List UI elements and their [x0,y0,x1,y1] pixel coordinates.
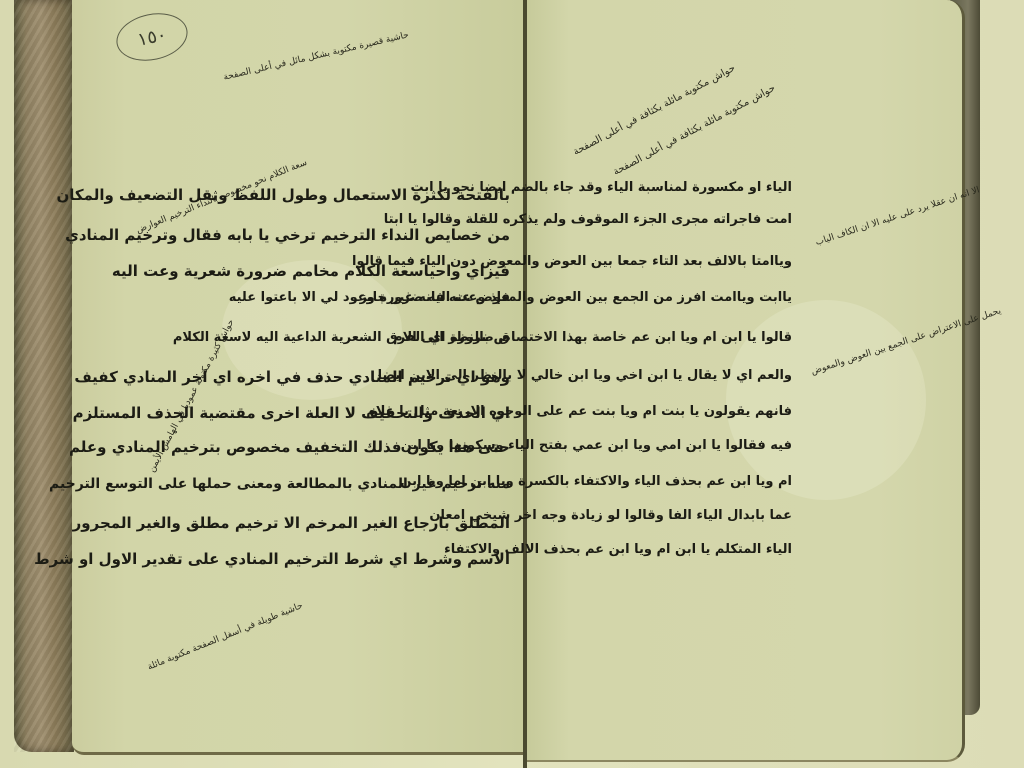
text-line: الاسم وشرط اي شرط الترخيم المنادي على تق… [34,550,510,568]
text-line: ام ويا ابن عم بحذف الياء والاكتفاء بالكس… [400,474,792,489]
text-line: الياء المتكلم يا ابن ام ويا ابن عم بحذف … [444,542,792,557]
text-line: من خصايص النداء الترخيم ترخي يا بابه فقا… [65,226,510,244]
text-line: عما بابدال الياء الفا وقالوا لو زيادة وج… [429,508,792,523]
text-line: فيه فقالوا يا ابن امي ويا ابن عمي بفتح ا… [401,438,792,453]
book-gutter [523,0,527,768]
text-line: الياء او مكسورة لمناسبة الياء وقد جاء با… [410,180,792,195]
book-spine [14,0,74,752]
text-line: وياامتا بالالف بعد التاء جمعا بين العوض … [352,254,792,269]
text-line: قالوا يا ابن ام ويا ابن عم خاصة بهذا الا… [393,330,792,345]
text-line: ياابت وياامت افرز من الجمع بين العوض وال… [360,290,792,305]
text-line: امت فاجراته مجرى الجزء الموقوف ولم يذكره… [384,212,792,227]
text-line: والعم اي لا يقال يا ابن اخي ويا ابن خالي… [378,368,792,383]
text-line: فانهم يقولون يا بنت ام ويا بنت عم على ال… [366,404,792,419]
